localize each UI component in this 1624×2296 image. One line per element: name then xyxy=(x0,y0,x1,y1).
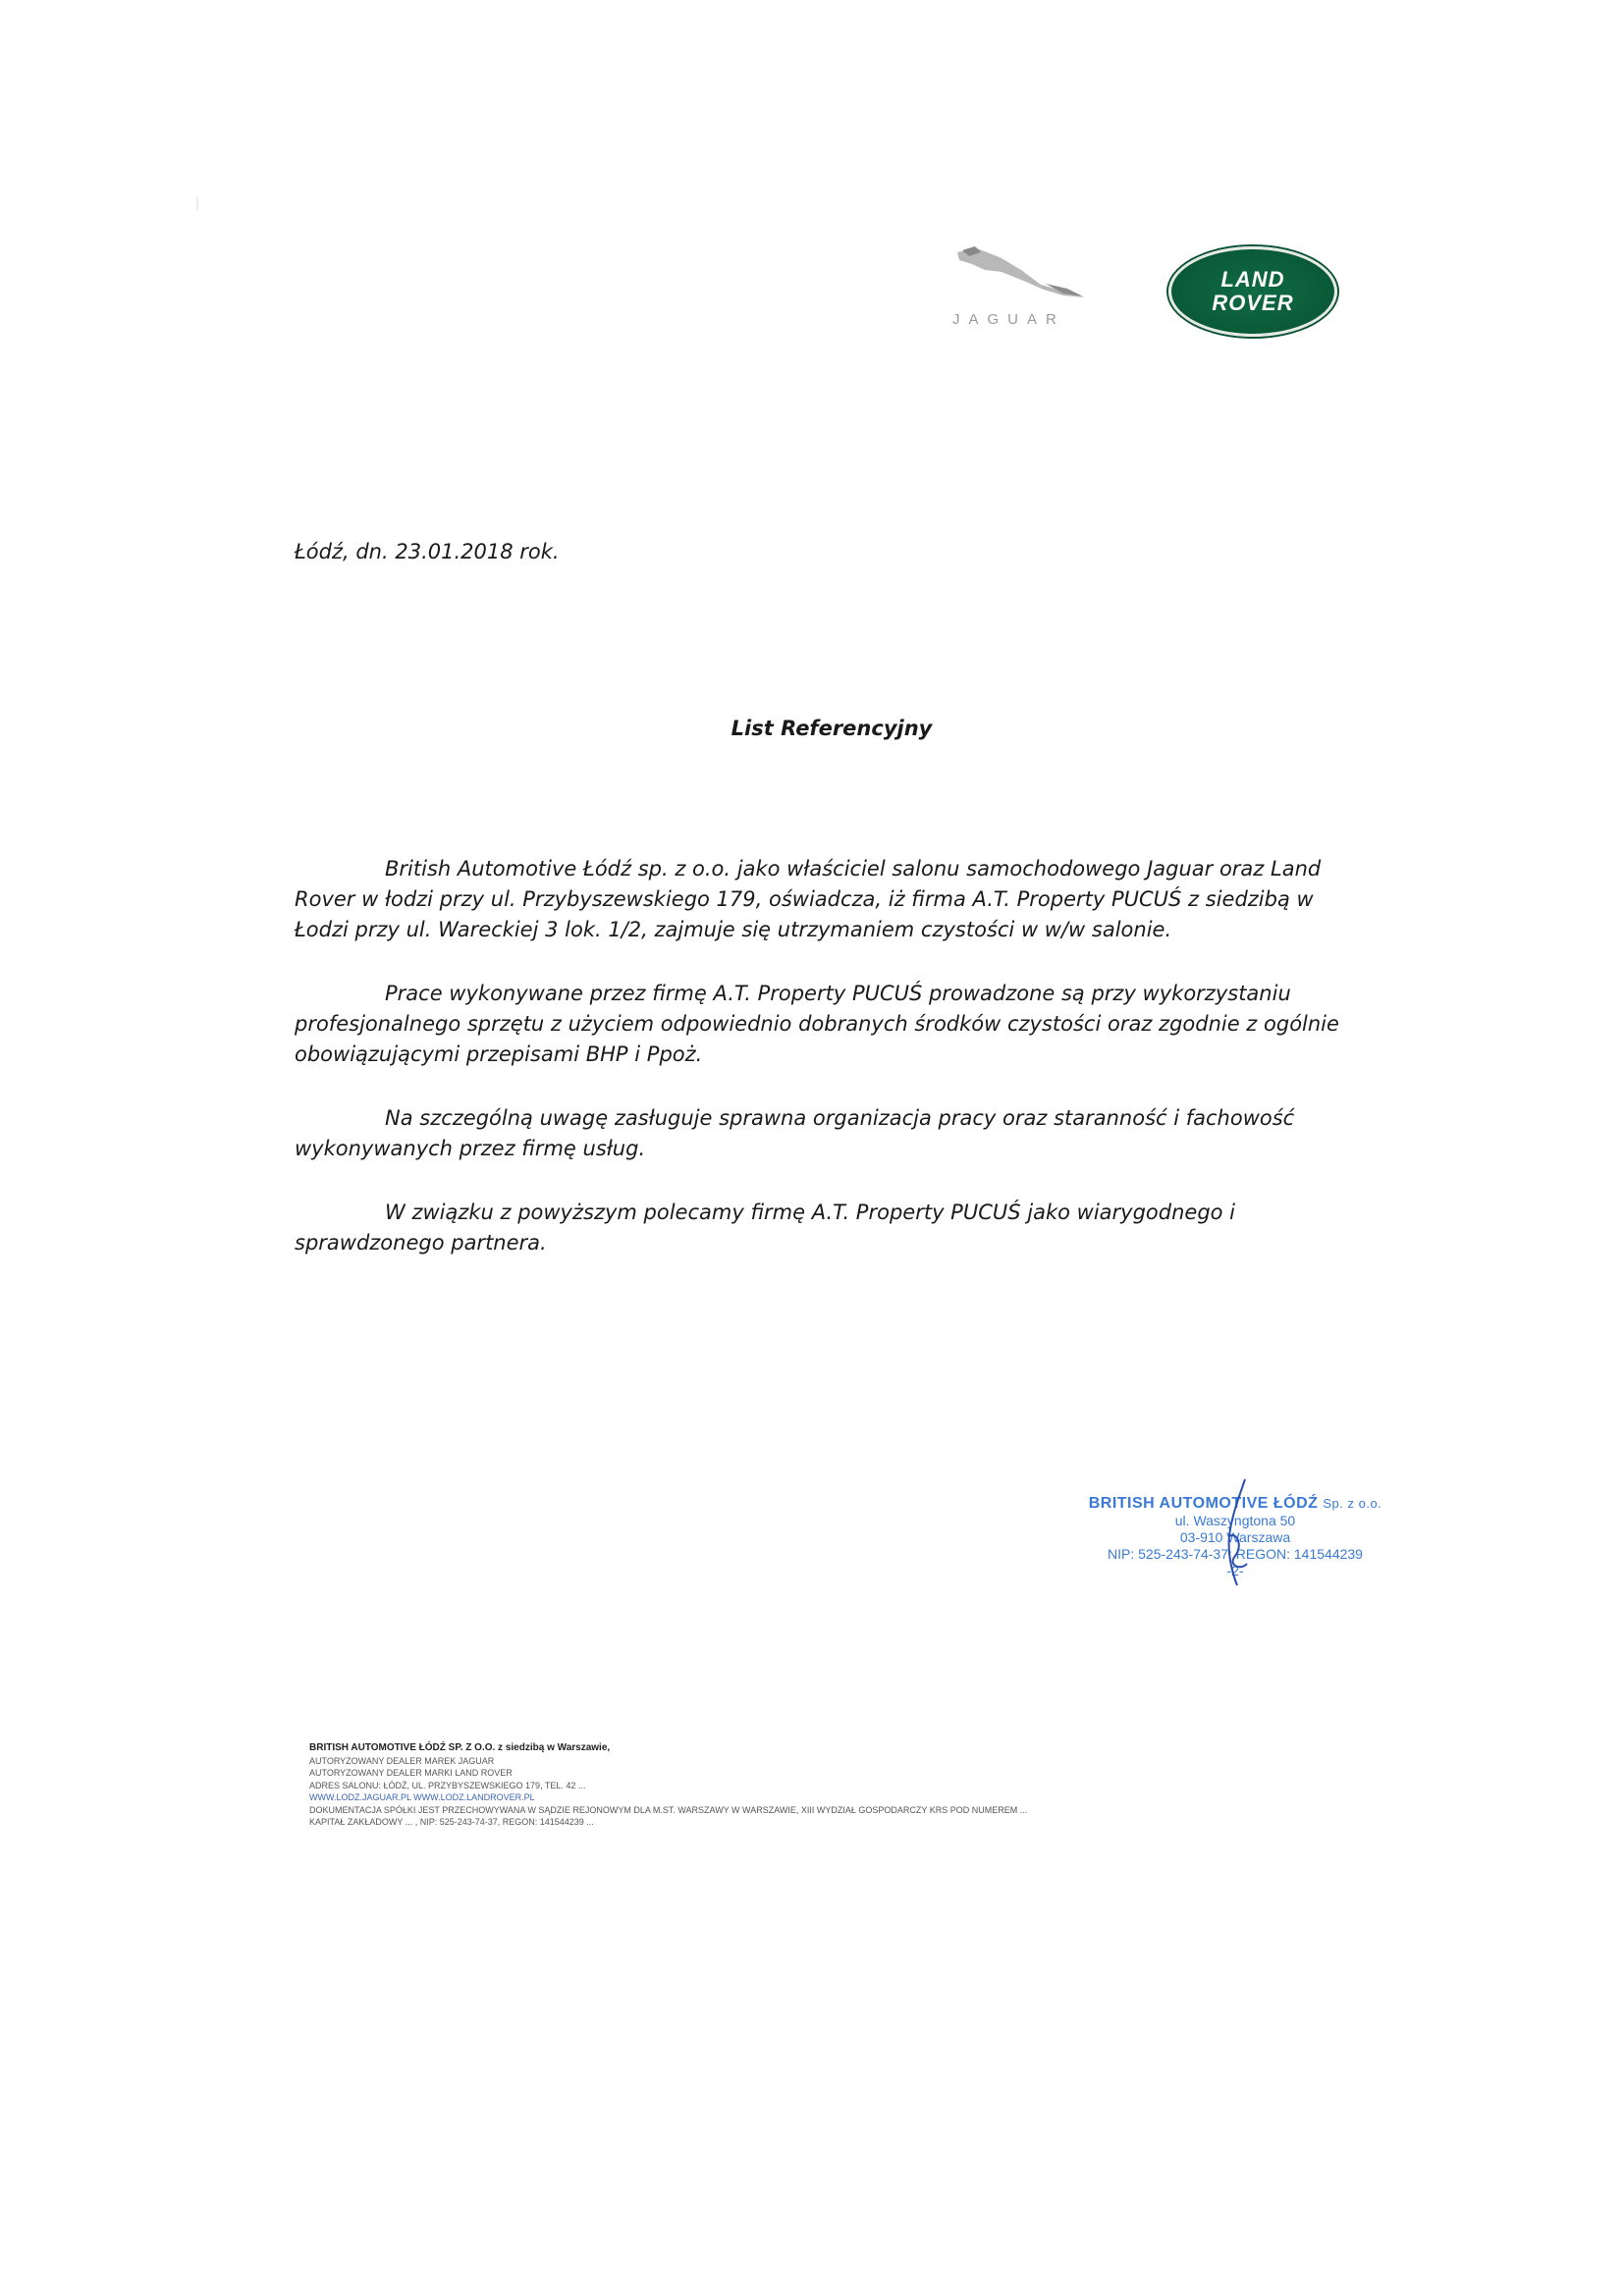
paragraph-praise: Na szczególną uwagę zasługuje sprawna or… xyxy=(295,1103,1345,1164)
leaping-jaguar-icon xyxy=(947,240,1095,309)
letter-date: Łódź, dn. 23.01.2018 rok. xyxy=(295,540,560,563)
land-rover-line1: LAND xyxy=(1220,268,1284,292)
letterhead-footer: BRITISH AUTOMOTIVE ŁÓDŹ SP. Z O.O. z sie… xyxy=(309,1742,1027,1829)
scan-artifact xyxy=(196,196,198,210)
footer-line: ADRES SALONU: ŁÓDŹ, UL. PRZYBYSZEWSKIEGO… xyxy=(309,1780,1027,1792)
jaguar-logo: JAGUAR xyxy=(947,240,1124,329)
footer-website-links[interactable]: WWW.LODZ.JAGUAR.PL WWW.LODZ.LANDROVER.PL xyxy=(309,1791,1027,1804)
paragraph-intro: British Automotive Łódź sp. z o.o. jako … xyxy=(295,854,1345,945)
signature-icon xyxy=(1218,1477,1257,1590)
land-rover-line2: ROVER xyxy=(1212,292,1293,315)
letter-body: British Automotive Łódź sp. z o.o. jako … xyxy=(295,854,1345,1292)
footer-line: KAPITAŁ ZAKŁADOWY ... , NIP: 525-243-74-… xyxy=(309,1816,1027,1829)
land-rover-logo: LAND ROVER xyxy=(1168,246,1337,337)
footer-line: AUTORYZOWANY DEALER MAREK JAGUAR xyxy=(309,1755,1027,1768)
footer-company: BRITISH AUTOMOTIVE ŁÓDŹ SP. Z O.O. z sie… xyxy=(309,1742,1027,1755)
footer-line: DOKUMENTACJA SPÓŁKI JEST PRZECHOWYWANA W… xyxy=(309,1804,1027,1817)
brand-logos: JAGUAR LAND ROVER xyxy=(947,240,1340,339)
letter-title: List Referencyjny xyxy=(0,717,1624,740)
paragraph-recommendation: W związku z powyższym polecamy firmę A.T… xyxy=(295,1198,1345,1258)
jaguar-wordmark: JAGUAR xyxy=(952,311,1065,328)
paragraph-services: Prace wykonywane przez firmę A.T. Proper… xyxy=(295,979,1345,1070)
footer-line: AUTORYZOWANY DEALER MARKI LAND ROVER xyxy=(309,1767,1027,1780)
